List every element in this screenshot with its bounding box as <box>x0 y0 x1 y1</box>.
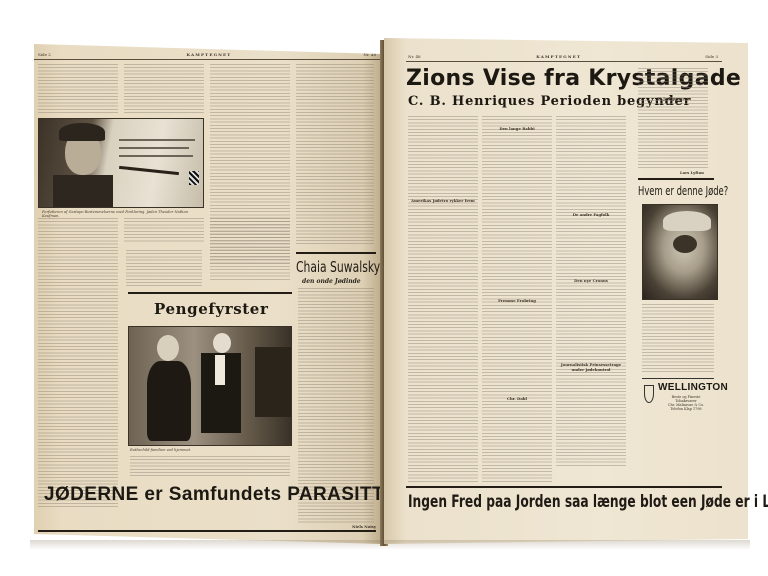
suit-shape <box>53 175 113 208</box>
right-issue-number: Nr. 48 <box>408 54 421 59</box>
left-banner: JØDERNE er Samfundets PARASITTER <box>44 484 411 506</box>
page-shadow <box>30 540 750 550</box>
ad-line: Telefon Klap 1798 <box>658 407 714 411</box>
section-head: Den nye Cronus <box>558 278 624 283</box>
chaia-signature: Niels Noisy <box>352 524 376 529</box>
wellington-ad: WELLINGTON Beste og Fineste Tobaksvarer … <box>642 378 714 412</box>
crest-icon <box>644 385 654 403</box>
right-banner: Ingen Fred paa Jorden saa længe blot een… <box>408 492 768 512</box>
text-column <box>124 218 204 242</box>
section-head: Chr. Dahl <box>484 396 550 401</box>
text-column <box>642 304 714 374</box>
left-issue-number: Nr. 48 <box>363 52 376 57</box>
text-column <box>556 116 626 468</box>
photo-caption: Forfatteren af Gestapo-Bestemmelserne me… <box>42 210 202 218</box>
banner-rule <box>38 530 376 532</box>
woman-dress <box>147 361 191 441</box>
right-page: Nr. 48 KAMPTEGNET Side 3 Zions Vise fra … <box>384 38 748 544</box>
section-head: Journalistisk Prinsessetrage under Jødek… <box>558 362 624 372</box>
text-column <box>126 250 202 286</box>
man-shirt <box>215 355 225 385</box>
section-rule <box>128 292 292 294</box>
caption-text <box>130 456 290 476</box>
text-column <box>38 218 118 508</box>
woman-head <box>157 335 179 361</box>
section-head: Amerikas Jødetro rykker frem <box>408 198 478 203</box>
man-head <box>213 333 231 353</box>
left-runhead: Side 2 KAMPTEGNET Nr. 48 <box>34 52 384 62</box>
sidebar-headline: Hvem er denne Jøde? <box>638 184 728 198</box>
section-rule <box>638 178 714 180</box>
runhead-rule <box>34 59 384 60</box>
right-runhead: Nr. 48 KAMPTEGNET Side 3 <box>384 54 748 64</box>
hair-shape <box>59 123 105 141</box>
banner-rule <box>406 486 722 488</box>
text-column <box>210 218 290 282</box>
section-head: Fremme Erobring <box>484 298 550 303</box>
text-column <box>38 64 118 114</box>
photo-couple-seated <box>128 326 292 446</box>
section-head: Et Jødeprogres <box>640 96 706 101</box>
portrait-forehead <box>663 211 711 231</box>
portrait-eye-shadow <box>673 235 697 253</box>
right-signature: Lars Lyftau <box>680 170 704 175</box>
left-page-number: Side 2 <box>38 52 51 57</box>
text-column <box>408 116 478 484</box>
right-masthead: KAMPTEGNET <box>536 54 581 59</box>
photo-man-with-document <box>38 118 204 208</box>
ad-brand: WELLINGTON <box>658 382 728 393</box>
left-page: Side 2 KAMPTEGNET Nr. 48 Forfatteren af … <box>34 44 384 544</box>
text-column <box>638 68 708 168</box>
text-column <box>124 64 204 114</box>
newspaper-spread: Side 2 KAMPTEGNET Nr. 48 Forfatteren af … <box>0 0 768 576</box>
section-head: Den lange Rabbi <box>484 126 550 131</box>
chaia-headline: Chaia Suwalsky, <box>296 258 384 276</box>
section-rule <box>296 252 376 254</box>
runhead-rule <box>406 61 722 62</box>
photo-caption: Rothschild-familien ved hjemmet. <box>130 448 290 452</box>
section-head: De andre Fagfolk <box>558 212 624 217</box>
left-masthead: KAMPTEGNET <box>187 52 232 57</box>
pengefyrster-headline: Pengefyrster <box>154 300 268 318</box>
chaia-subheadline: den onde Jødinde <box>302 278 361 285</box>
text-column <box>296 64 374 244</box>
right-page-number: Side 3 <box>705 54 718 59</box>
cabinet <box>255 347 291 417</box>
photo-portrait <box>642 204 718 300</box>
